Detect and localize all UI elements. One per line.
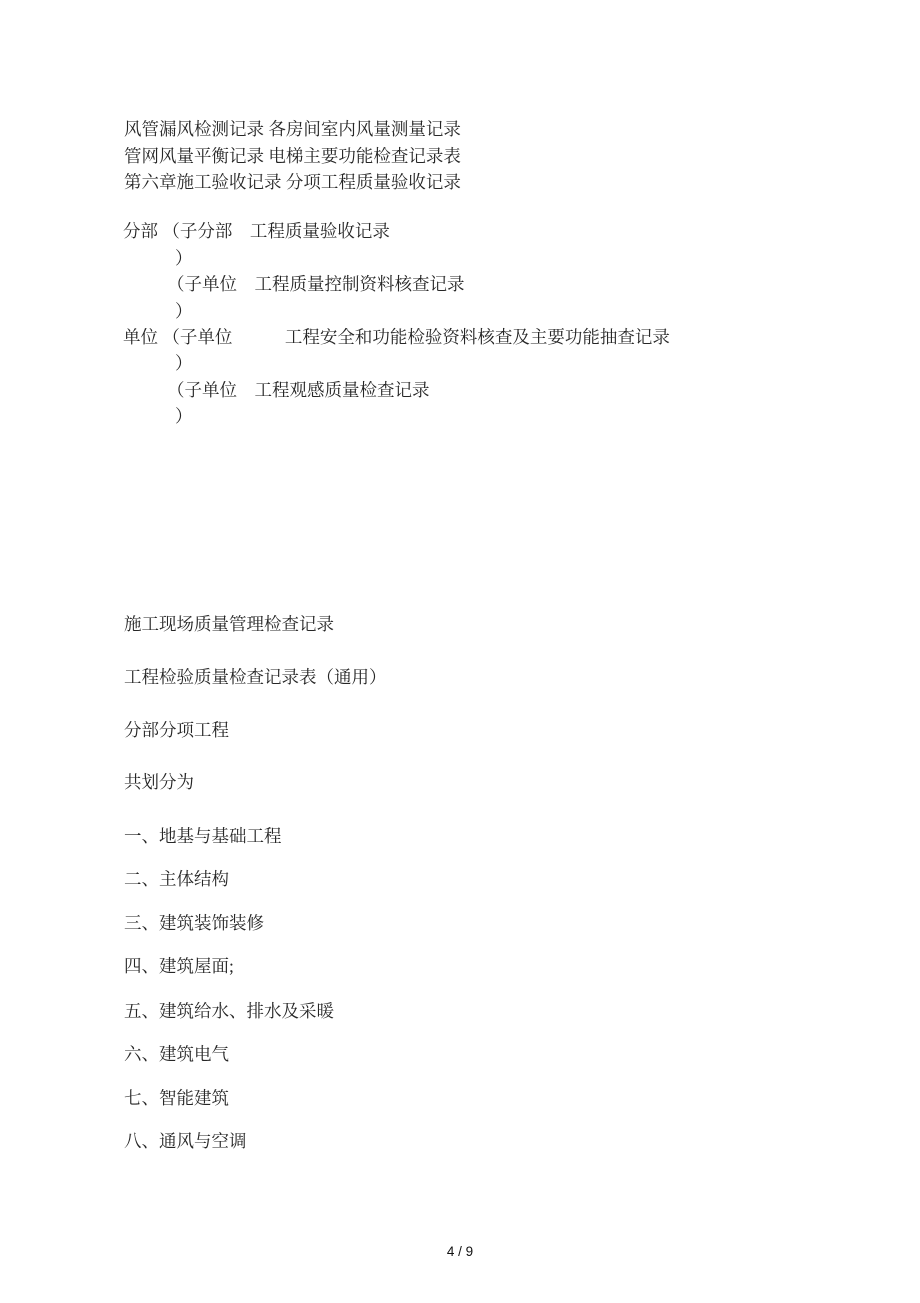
subsection-record-line: 单位 （子单位 工程安全和功能检验资料核查及主要功能抽查记录 — [123, 329, 670, 347]
list-item-line: 五、建筑给水、排水及采暖 — [124, 1003, 334, 1021]
body-line: 工程检验质量检查记录表（通用） — [124, 669, 387, 687]
list-item-line: 二、主体结构 — [124, 871, 229, 889]
record-title-line: 风管漏风检测记录 各房间室内风量测量记录 — [124, 121, 461, 139]
close-paren-line: ） — [175, 408, 193, 426]
subsection-record-line: 分部 （子分部 工程质量验收记录 — [123, 223, 390, 241]
close-paren-line: ） — [175, 355, 193, 373]
body-line: 分部分项工程 — [124, 722, 229, 740]
subsection-record-line: （子单位 工程质量控制资料核查记录 — [167, 276, 465, 294]
record-title-line: 管网风量平衡记录 电梯主要功能检查记录表 — [124, 148, 461, 166]
body-line: 施工现场质量管理检查记录 — [124, 616, 334, 634]
body-line: 共划分为 — [124, 774, 194, 792]
close-paren-line: ） — [175, 250, 193, 268]
list-item-line: 四、建筑屋面; — [124, 958, 234, 976]
list-item-line: 八、通风与空调 — [124, 1133, 247, 1151]
list-item-line: 三、建筑装饰装修 — [124, 915, 264, 933]
close-paren-line: ） — [175, 303, 193, 321]
list-item-line: 六、建筑电气 — [124, 1046, 229, 1064]
subsection-record-line: （子单位 工程观感质量检查记录 — [167, 382, 430, 400]
page-number: 4 / 9 — [0, 1245, 920, 1259]
list-item-line: 一、地基与基础工程 — [124, 828, 282, 846]
list-item-line: 七、智能建筑 — [124, 1090, 229, 1108]
record-title-line: 第六章施工验收记录 分项工程质量验收记录 — [124, 174, 461, 192]
document-page: 风管漏风检测记录 各房间室内风量测量记录 管网风量平衡记录 电梯主要功能检查记录… — [0, 0, 920, 1303]
